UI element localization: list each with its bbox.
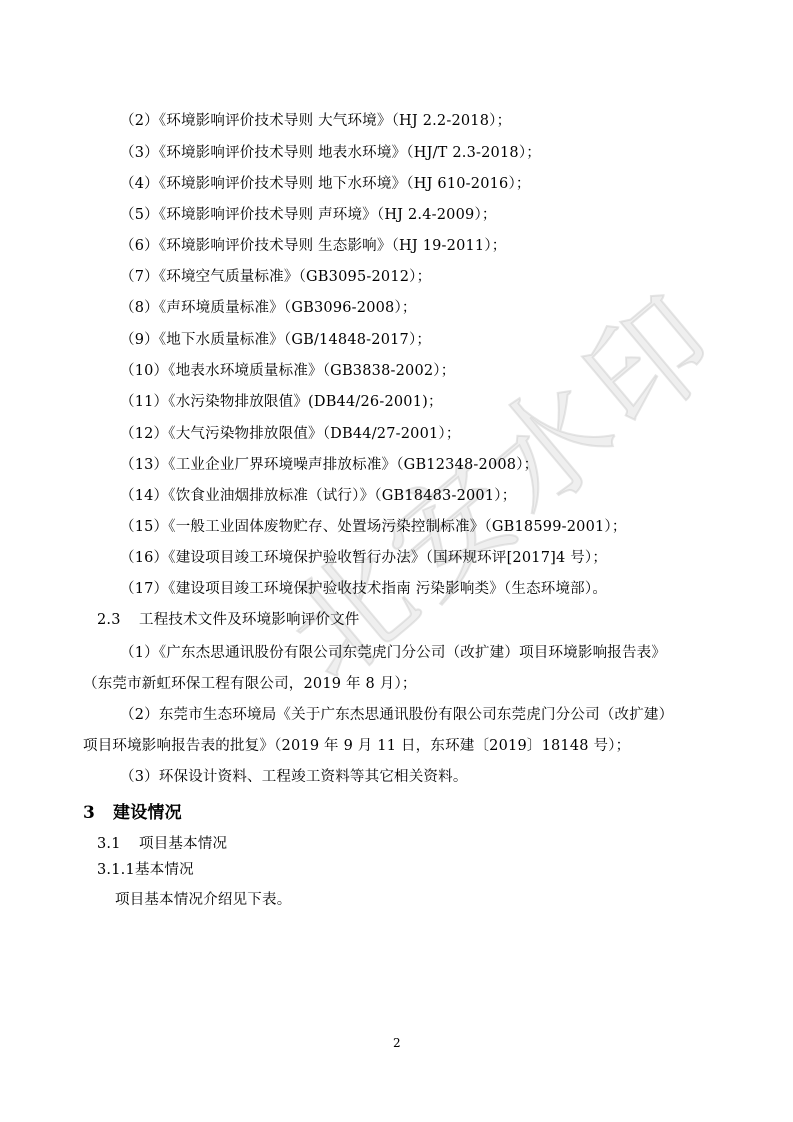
document-item: （3）环保设计资料、工程竣工资料等其它相关资料。 — [120, 767, 468, 787]
document-item-continued: 项目环境影响报告表的批复》（2019 年 9 月 11 日，东环建〔2019〕1… — [83, 736, 630, 756]
body-paragraph: 项目基本情况介绍见下表。 — [115, 890, 291, 910]
section-heading-3: 3建设情况 — [83, 803, 182, 823]
reference-item: （9）《地下水质量标准》（GB/14848-2017）； — [120, 330, 431, 350]
reference-item: （11）《水污染物排放限值》(DB44/26-2001)； — [120, 392, 443, 412]
reference-item: （5）《环境影响评价技术导则 声环境》（HJ 2.4-2009）； — [120, 205, 497, 225]
reference-item: （6）《环境影响评价技术导则 生态影响》（HJ 19-2011）； — [120, 236, 507, 256]
reference-item: （8）《声环境质量标准》（GB3096-2008）； — [120, 298, 417, 318]
document-item: （1）《广东杰思通讯股份有限公司东莞虎门分公司（改扩建）项目环境影响报告表》 — [120, 643, 666, 663]
reference-item: （16）《建设项目竣工环境保护验收暂行办法》（国环规环评[2017]4 号）； — [120, 548, 607, 568]
reference-item: （12）《大气污染物排放限值》（DB44/27-2001）； — [120, 424, 461, 444]
reference-item: （13）《工业企业厂界环境噪声排放标准》（GB12348-2008）； — [120, 455, 538, 475]
document-item-continued: （东莞市新虹环保工程有限公司，2019 年 8 月）； — [83, 674, 417, 694]
reference-item: （14）《饮食业油烟排放标准（试行）》（GB18483-2001）； — [120, 486, 516, 506]
reference-item: （10）《地表水环境质量标准》（GB3838-2002）； — [120, 361, 455, 381]
reference-item: （7）《环境空气质量标准》（GB3095-2012）； — [120, 267, 431, 287]
page-number: 2 — [393, 1036, 401, 1050]
section-heading-3-1-1: 3.1.1基本情况 — [97, 860, 194, 880]
reference-item: （3）《环境影响评价技术导则 地表水环境》（HJ/T 2.3-2018）； — [120, 143, 541, 163]
document-page: 北安水印 （2）《环境影响评价技术导则 大气环境》（HJ 2.2-2018）； … — [0, 0, 793, 1122]
reference-item: （2）《环境影响评价技术导则 大气环境》（HJ 2.2-2018）； — [120, 111, 511, 131]
reference-item: （17）《建设项目竣工环境保护验收技术指南 污染影响类》（生态环境部）。 — [120, 579, 607, 599]
reference-item: （15）《一般工业固体废物贮存、处置场污染控制标准》（GB18599-2001）… — [120, 517, 627, 537]
document-item: （2）东莞市生态环境局《关于广东杰思通讯股份有限公司东莞虎门分公司（改扩建） — [120, 705, 673, 725]
reference-item: （4）《环境影响评价技术导则 地下水环境》（HJ 610-2016）； — [120, 174, 531, 194]
section-heading-2-3: 2.3工程技术文件及环境影响评价文件 — [97, 610, 360, 630]
section-heading-3-1: 3.1项目基本情况 — [97, 834, 227, 854]
